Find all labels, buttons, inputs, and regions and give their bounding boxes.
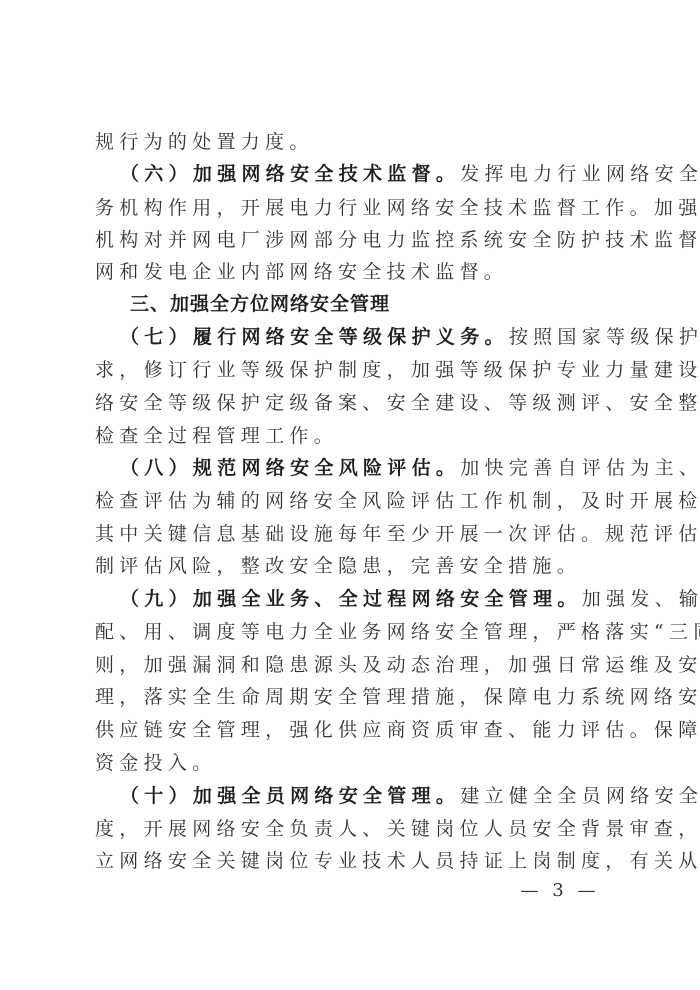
body-line: 机构对并网电厂涉网部分电力监控系统安全防护技术监督，强化电	[95, 225, 610, 255]
body-line: 规行为的处置力度。	[95, 127, 610, 157]
body-line: 制评估风险，整改安全隐患，完善安全措施。	[95, 551, 610, 581]
body-line: 供应链安全管理，强化供应商资质审查、能力评估。保障网络安全	[95, 715, 610, 745]
paragraph-8-first-line: （八）规范网络安全风险评估。加快完善自评估为主、第三方	[120, 453, 610, 483]
section-heading-3: 三、加强全方位网络安全管理	[130, 289, 390, 319]
page-number: — 3 —	[520, 880, 600, 901]
body-line: 资金投入。	[95, 748, 610, 778]
body-text: 检查评估为辅的网络安全风险评估工作机制，及时开展检测评估，	[95, 490, 700, 512]
body-text: 其中关键信息基础设施每年至少开展一次评估。规范评估流程、控	[95, 523, 700, 545]
sub-heading-6: （六）加强网络安全技术监督。	[120, 163, 460, 185]
body-line: 务机构作用，开展电力行业网络安全技术监督工作。加强电力调度	[95, 193, 610, 223]
body-line: 配、用、调度等电力全业务网络安全管理，严格落实“三同步”原	[95, 617, 610, 647]
body-text: 配、用、调度等电力全业务网络安全管理，严格落实“三同步”原	[95, 621, 700, 643]
body-line: 理，落实全生命周期安全管理措施，保障电力系统网络安全。加强	[95, 682, 610, 712]
body-text: 务机构作用，开展电力行业网络安全技术监督工作。加强电力调度	[95, 197, 700, 219]
body-text: 供应链安全管理，强化供应商资质审查、能力评估。保障网络安全	[95, 719, 700, 741]
body-text: 理，落实全生命周期安全管理措施，保障电力系统网络安全。加强	[95, 686, 700, 708]
body-text: 加强发、输、变、	[582, 588, 700, 610]
body-line: 则，加强漏洞和隐患源头及动态治理，加强日常运维及安全防护管	[95, 650, 610, 680]
body-text: 检查全过程管理工作。	[95, 425, 338, 447]
sub-heading-9: （九）加强全业务、全过程网络安全管理。	[120, 588, 582, 610]
body-text: 立网络安全关键岗位专业技术人员持证上岗制度，有关从业人员应	[95, 850, 700, 872]
body-text: 网和发电企业内部网络安全技术监督。	[95, 261, 508, 283]
body-text: 则，加强漏洞和隐患源头及动态治理，加强日常运维及安全防护管	[95, 654, 700, 676]
body-text: 资金投入。	[95, 752, 217, 774]
body-line: 检查评估为辅的网络安全风险评估工作机制，及时开展检测评估，	[95, 486, 610, 516]
body-text: 建立健全全员网络安全管理制	[460, 785, 700, 807]
document-page: 规行为的处置力度。 （六）加强网络安全技术监督。发挥电力行业网络安全技术服 务机…	[0, 0, 700, 990]
paragraph-7-first-line: （七）履行网络安全等级保护义务。按照国家等级保护制度要	[120, 322, 610, 352]
sub-heading-7: （七）履行网络安全等级保护义务。	[120, 326, 509, 348]
body-text: 发挥电力行业网络安全技术服	[460, 163, 700, 185]
body-text: 度，开展网络安全负责人、关键岗位人员安全背景审查，企业应建	[95, 818, 700, 840]
body-text: 机构对并网电厂涉网部分电力监控系统安全防护技术监督，强化电	[95, 229, 700, 251]
sub-heading-8: （八）规范网络安全风险评估。	[120, 457, 460, 479]
body-line: 立网络安全关键岗位专业技术人员持证上岗制度，有关从业人员应	[95, 846, 610, 876]
body-text: 制评估风险，整改安全隐患，完善安全措施。	[95, 555, 581, 577]
body-line: 度，开展网络安全负责人、关键岗位人员安全背景审查，企业应建	[95, 814, 610, 844]
sub-heading-10: （十）加强全员网络安全管理。	[120, 785, 460, 807]
body-text: 按照国家等级保护制度要	[509, 326, 700, 348]
paragraph-10-first-line: （十）加强全员网络安全管理。建立健全全员网络安全管理制	[120, 781, 610, 811]
paragraph-9-first-line: （九）加强全业务、全过程网络安全管理。加强发、输、变、	[120, 584, 610, 614]
body-line: 网和发电企业内部网络安全技术监督。	[95, 257, 610, 287]
body-line: 其中关键信息基础设施每年至少开展一次评估。规范评估流程、控	[95, 519, 610, 549]
body-line: 求，修订行业等级保护制度，加强等级保护专业力量建设，深化网	[95, 355, 610, 385]
body-line: 检查全过程管理工作。	[95, 421, 610, 451]
body-text: 加快完善自评估为主、第三方	[460, 457, 700, 479]
body-line: 络安全等级保护定级备案、安全建设、等级测评、安全整改、监督	[95, 388, 610, 418]
body-text: 规行为的处置力度。	[95, 131, 314, 153]
body-text: 络安全等级保护定级备案、安全建设、等级测评、安全整改、监督	[95, 392, 700, 414]
body-text: 求，修订行业等级保护制度，加强等级保护专业力量建设，深化网	[95, 359, 700, 381]
paragraph-6-first-line: （六）加强网络安全技术监督。发挥电力行业网络安全技术服	[120, 159, 610, 189]
